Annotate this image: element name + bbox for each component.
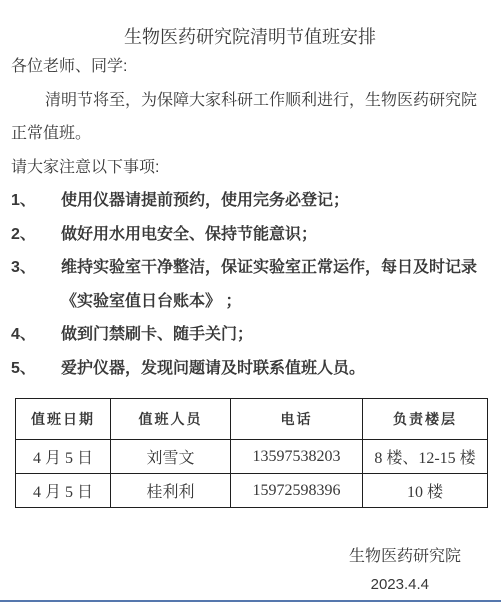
notice-item-3-continuation: 《实验室值日台账本》 ； bbox=[11, 285, 489, 319]
document-date: 2023.4.4 bbox=[11, 572, 489, 598]
notice-number: 2、 bbox=[11, 218, 61, 252]
table-row: 4 月 5 日 桂利利 15972598396 10 楼 bbox=[16, 474, 488, 508]
notice-item-4: 4、 做到门禁刷卡、随手关门； bbox=[11, 318, 489, 352]
table-cell-phone: 13597538203 bbox=[231, 440, 363, 474]
table-cell-duty-date: 4 月 5 日 bbox=[16, 474, 111, 508]
notice-text: 使用仪器请提前预约，使用完务必登记； bbox=[61, 184, 349, 218]
notice-text-continuation: 《实验室值日台账本》 ； bbox=[61, 285, 241, 319]
table-cell-floors: 8 楼、12-15 楼 bbox=[363, 440, 488, 474]
notice-item-3: 3、 维持实验室干净整洁，保证实验室正常运作，每日及时记录 bbox=[11, 251, 489, 285]
table-header-floors: 负责楼层 bbox=[363, 399, 488, 440]
intro-line-1: 清明节将至，为保障大家科研工作顺利进行，生物医药研究院 bbox=[11, 84, 489, 118]
document-page: 生物医药研究院清明节值班安排 各位老师、同学: 清明节将至，为保障大家科研工作顺… bbox=[0, 0, 501, 605]
notice-text: 维持实验室干净整洁，保证实验室正常运作，每日及时记录 bbox=[61, 251, 477, 285]
signature: 生物医药研究院 bbox=[11, 542, 489, 572]
notice-lead: 请大家注意以下事项: bbox=[11, 151, 489, 185]
salutation: 各位老师、同学: bbox=[11, 50, 489, 84]
notice-text: 爱护仪器，发现问题请及时联系值班人员。 bbox=[61, 352, 365, 386]
notice-item-1: 1、 使用仪器请提前预约，使用完务必登记； bbox=[11, 184, 489, 218]
notice-text: 做好用水用电安全、保持节能意识； bbox=[61, 218, 317, 252]
notice-number: 3、 bbox=[11, 251, 61, 285]
table-header-duty-date: 值班日期 bbox=[16, 399, 111, 440]
notice-item-5: 5、 爱护仪器，发现问题请及时联系值班人员。 bbox=[11, 352, 489, 386]
table-cell-duty-person: 桂利利 bbox=[111, 474, 231, 508]
notice-number: 5、 bbox=[11, 352, 61, 386]
intro-line-2: 正常值班。 bbox=[11, 117, 489, 151]
table-cell-duty-person: 刘雪文 bbox=[111, 440, 231, 474]
notice-number-spacer bbox=[11, 285, 61, 319]
table-cell-floors: 10 楼 bbox=[363, 474, 488, 508]
bottom-border-line bbox=[0, 600, 501, 602]
table-header-duty-person: 值班人员 bbox=[111, 399, 231, 440]
table-row: 4 月 5 日 刘雪文 13597538203 8 楼、12-15 楼 bbox=[16, 440, 488, 474]
notice-number: 1、 bbox=[11, 184, 61, 218]
duty-table: 值班日期 值班人员 电话 负责楼层 4 月 5 日 刘雪文 1359753820… bbox=[15, 398, 488, 508]
notice-number: 4、 bbox=[11, 318, 61, 352]
document-content: 生物医药研究院清明节值班安排 各位老师、同学: 清明节将至，为保障大家科研工作顺… bbox=[0, 0, 501, 598]
page-title: 生物医药研究院清明节值班安排 bbox=[11, 24, 489, 50]
table-header-row: 值班日期 值班人员 电话 负责楼层 bbox=[16, 399, 488, 440]
notice-item-2: 2、 做好用水用电安全、保持节能意识； bbox=[11, 218, 489, 252]
table-cell-duty-date: 4 月 5 日 bbox=[16, 440, 111, 474]
table-cell-phone: 15972598396 bbox=[231, 474, 363, 508]
table-header-phone: 电话 bbox=[231, 399, 363, 440]
notice-text: 做到门禁刷卡、随手关门； bbox=[61, 318, 253, 352]
